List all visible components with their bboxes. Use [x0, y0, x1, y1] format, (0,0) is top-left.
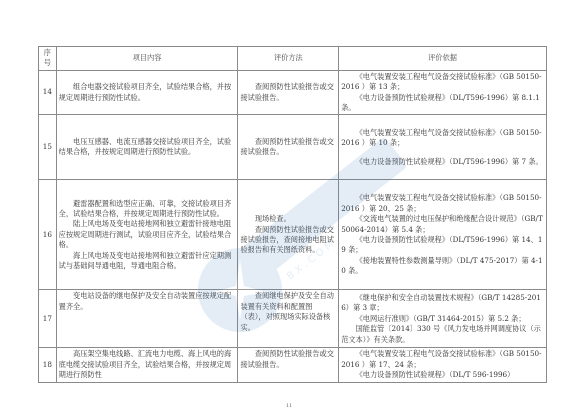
item-content: 电压互感器、电流互感器交接试验项目齐全，试验结果合格，并按规定周期进行预防性试验…	[56, 115, 238, 180]
document-page: 序号 项目内容 评价方法 评价依据 14 组合电器交接试验项目齐全，试验结果合格…	[0, 0, 585, 413]
content-paragraph: 海上风电场及变电站接地网和独立避雷针应定期测试与基础间导通电阻，导通电阻合格。	[59, 251, 236, 272]
table-row: 18 高压架空集电线路、汇流电力电缆、海上风电的海底电缆交接试验项目齐全，试验结…	[39, 348, 547, 382]
row-number: 14	[39, 70, 57, 115]
method-paragraph: 查阅预防性试验报告或交接试验报告。	[240, 349, 336, 370]
table-header-row: 序号 项目内容 评价方法 评价依据	[39, 47, 547, 71]
basis-paragraph: 《电力设备预防性试验规程》（DL/T 596-1996）	[341, 370, 544, 380]
evaluation-basis: 《电气装置安装工程电气设备交接试验标准》（GB 50150-2016 ）第 20…	[339, 180, 547, 290]
item-content: 高压架空集电线路、汇流电力电缆、海上风电的海底电缆交接试验项目齐全，试验结果合格…	[56, 348, 238, 382]
basis-paragraph: 《继电保护和安全自动装置技术规程》（GB/T 14285-2016）第 3 章；	[341, 293, 544, 314]
method-paragraph: 查阅预防性试验报告或交接试验报告。	[240, 137, 336, 158]
page-number: 11	[286, 403, 292, 409]
evaluation-basis: 《电气装置安装工程电气设备交接试验标准》（GB 50150-2016 ）第 10…	[339, 115, 547, 180]
row-number: 17	[39, 290, 57, 348]
basis-paragraph: 《电气装置安装工程电气设备交接试验标准》（GB 50150-2016 ）第 10…	[341, 128, 544, 149]
method-paragraph: 查阅继电保护及安全自动装置有关资料和配置图（表），对照现场实际设备核实。	[240, 291, 336, 333]
method-paragraph: 查阅预防性试验报告或交接试验报告。	[240, 82, 336, 103]
header-method: 评价方法	[238, 47, 339, 71]
evaluation-basis: 《继电保护和安全自动装置技术规程》（GB/T 14285-2016）第 3 章；…	[339, 290, 547, 348]
basis-paragraph: 《电气装置安装工程电气设备交接试验标准》（GB 50150-2016 ）第 20…	[341, 193, 544, 214]
evaluation-method: 查阅预防性试验报告或交接试验报告。	[238, 348, 339, 382]
method-paragraph: 查阅预防性试验报告或交接试验报告，查阅接地电阻试验报告和有关图纸资料。	[240, 225, 336, 256]
method-paragraph: 现场检查。	[240, 214, 336, 224]
basis-paragraph: 《交流电气装置的过电压保护和绝缘配合设计规范》（GB/T 50064-2014）…	[341, 214, 544, 235]
content-paragraph: 电压互感器、电流互感器交接试验项目齐全，试验结果合格，并按规定周期进行预防性试验…	[59, 137, 236, 158]
header-basis: 评价依据	[339, 47, 547, 71]
content-paragraph: 变电站设备的继电保护及安全自动装置应按规定配置齐全。	[59, 291, 236, 312]
evaluation-method: 查阅继电保护及安全自动装置有关资料和配置图（表），对照现场实际设备核实。	[238, 290, 339, 348]
content-paragraph: 组合电器交接试验项目齐全，试验结果合格，并按规定周期进行预防性试验。	[59, 82, 236, 103]
evaluation-method: 查阅预防性试验报告或交接试验报告。	[238, 115, 339, 180]
table-row: 15 电压互感器、电流互感器交接试验项目齐全，试验结果合格，并按规定周期进行预防…	[39, 115, 547, 180]
basis-paragraph: 《电力设备预防性试验规程》（DL/T596-1996）第 7 条。	[341, 157, 544, 167]
item-content: 组合电器交接试验项目齐全，试验结果合格，并按规定周期进行预防性试验。	[56, 70, 238, 115]
row-number: 18	[39, 348, 57, 382]
header-content: 项目内容	[56, 47, 238, 71]
evaluation-table: 序号 项目内容 评价方法 评价依据 14 组合电器交接试验项目齐全，试验结果合格…	[38, 46, 547, 383]
content-paragraph: 避雷器配置和选型应正确、可靠，交接试验项目齐全，试验结果合格，并按规定周期进行预…	[59, 199, 236, 220]
basis-paragraph: 《电网运行准则》（GB/T 31464-2015）第 5.2 条；	[341, 314, 544, 324]
item-content: 变电站设备的继电保护及安全自动装置应按规定配置齐全。	[56, 290, 238, 348]
evaluation-basis: 《电气装置安装工程电气设备交接试验标准》（GB 50150-2016 ）第 13…	[339, 70, 547, 115]
header-serial: 序号	[39, 47, 57, 71]
evaluation-method: 现场检查。 查阅预防性试验报告或交接试验报告，查阅接地电阻试验报告和有关图纸资料…	[238, 180, 339, 290]
basis-paragraph: 《接地装置特性参数测量导则》（DL/T 475-2017）第 4-10 条。	[341, 256, 544, 277]
table-row: 14 组合电器交接试验项目齐全，试验结果合格，并按规定周期进行预防性试验。 查阅…	[39, 70, 547, 115]
table-row: 17 变电站设备的继电保护及安全自动装置应按规定配置齐全。 查阅继电保护及安全自…	[39, 290, 547, 348]
basis-paragraph: 《电气装置安装工程电气设备交接试验标准》（GB 50150-2016 ）第 17…	[341, 349, 544, 370]
evaluation-basis: 《电气装置安装工程电气设备交接试验标准》（GB 50150-2016 ）第 17…	[339, 348, 547, 382]
row-number: 16	[39, 180, 57, 290]
table-row: 16 避雷器配置和选型应正确、可靠，交接试验项目齐全，试验结果合格，并按规定周期…	[39, 180, 547, 290]
basis-paragraph: 《电气装置安装工程电气设备交接试验标准》（GB 50150-2016 ）第 13…	[341, 72, 544, 93]
content-paragraph: 陆上风电场及变电站接地网和独立避雷针接地电阻应按规定周期进行测试，试验项目应齐全…	[59, 219, 236, 250]
item-content: 避雷器配置和选型应正确、可靠，交接试验项目齐全，试验结果合格，并按规定周期进行预…	[56, 180, 238, 290]
basis-paragraph: 《电力设备预防性试验规程》（DL/T596-1996）第 14、19 条；	[341, 235, 544, 256]
basis-paragraph: 国能监管〔2014〕330 号《风力发电场并网调度协议（示范文本）》有关条款。	[341, 324, 544, 345]
basis-paragraph: 《电力设备预防性试验规程》（DL/T596-1996）第 8.1.1 条。	[341, 93, 544, 114]
evaluation-method: 查阅预防性试验报告或交接试验报告。	[238, 70, 339, 115]
content-paragraph: 高压架空集电线路、汇流电力电缆、海上风电的海底电缆交接试验项目齐全，试验结果合格…	[59, 349, 236, 380]
row-number: 15	[39, 115, 57, 180]
